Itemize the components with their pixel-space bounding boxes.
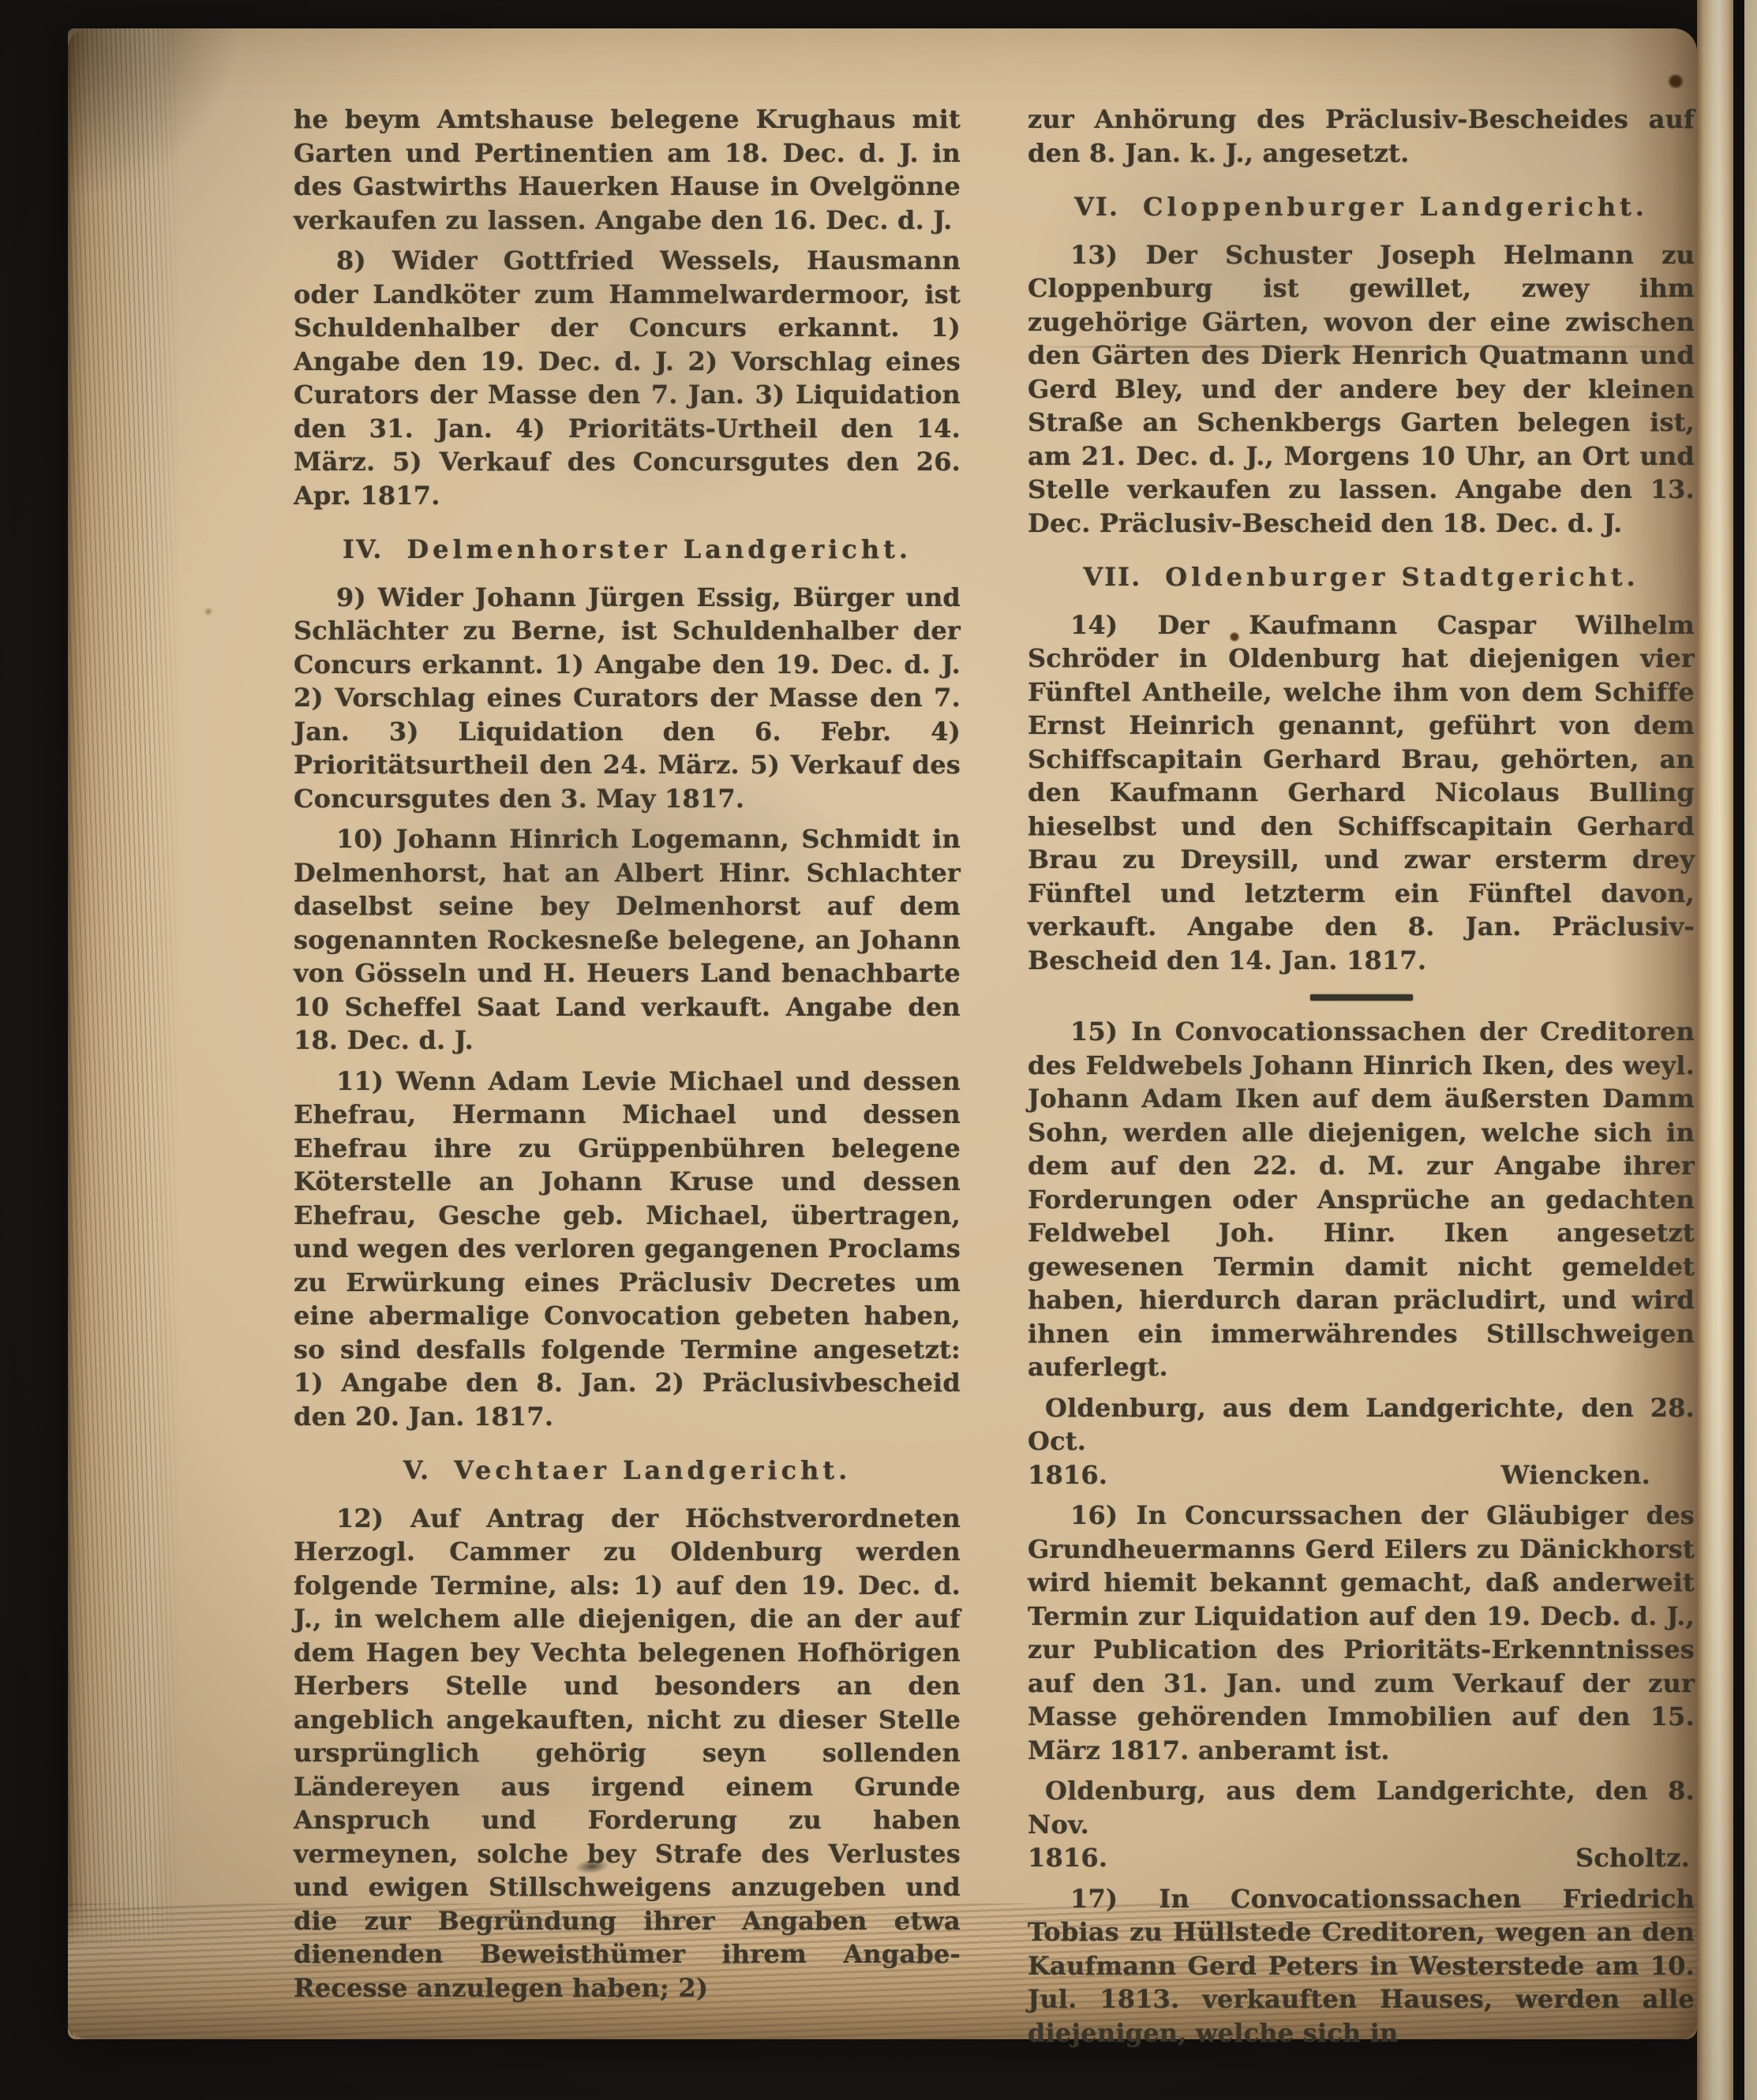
right-column: zur Anhörung des Präclusiv-Bescheides au…	[1028, 103, 1695, 2057]
section-numeral: VII.	[1083, 560, 1141, 594]
section-heading-v: V. Vechtaer Landgericht.	[294, 1454, 961, 1488]
dateline-16: Oldenburg, aus dem Landgerichte, den 8. …	[1028, 1774, 1695, 1875]
dateline-place: Oldenburg, aus dem Landgerichte, den 8. …	[1028, 1774, 1695, 1841]
notice-continuation-anhoerung: zur Anhörung des Präclusiv-Bescheides au…	[1028, 103, 1695, 170]
section-numeral: IV.	[343, 533, 383, 567]
notice-14-schroeder: 14) Der Kaufmann Caspar Wilhelm Schröder…	[1028, 608, 1695, 978]
notice-continuation-krughaus: he beym Amtshause belegene Krughaus mit …	[294, 103, 961, 237]
adjacent-page-fore-edge	[1697, 0, 1733, 2100]
section-title: Delmenhorster Landgericht.	[406, 533, 912, 567]
left-column: he beym Amtshause belegene Krughaus mit …	[294, 103, 961, 2012]
section-numeral: VI.	[1074, 190, 1119, 224]
notice-15-iken: 15) In Convocationssachen der Creditoren…	[1028, 1015, 1695, 1384]
signature-scholtz: Scholtz.	[1575, 1841, 1695, 1875]
notice-16-eilers: 16) In Concurssachen der Gläubiger des G…	[1028, 1499, 1695, 1767]
section-title: Cloppenburger Landgericht.	[1143, 190, 1648, 224]
notice-17-tobias: 17) In Convocationssachen Friedrich Tobi…	[1028, 1882, 1695, 2050]
book-scan: he beym Amtshause belegene Krughaus mit …	[0, 0, 1757, 2100]
dateline-year: 1816.	[1028, 1458, 1107, 1492]
dateline-15: Oldenburg, aus dem Landgerichte, den 28.…	[1028, 1391, 1695, 1492]
notice-13-helmann: 13) Der Schuster Joseph Helmann zu Clopp…	[1028, 238, 1695, 541]
book-left-page-edges	[68, 28, 180, 2039]
notice-12-vechta: 12) Auf Antrag der Höchstverordneten Her…	[294, 1502, 961, 2005]
notice-8-wessels: 8) Wider Gottfried Wessels, Hausmann ode…	[294, 244, 961, 512]
dateline-row: 1816. Wiencken.	[1028, 1458, 1695, 1492]
notice-9-essig: 9) Wider Johann Jürgen Essig, Bürger und…	[294, 581, 961, 816]
dateline-place: Oldenburg, aus dem Landgerichte, den 28.…	[1028, 1391, 1695, 1458]
dateline-row: 1816. Scholtz.	[1028, 1841, 1695, 1875]
section-heading-vii: VII. Oldenburger Stadtgericht.	[1028, 560, 1695, 594]
section-heading-vi: VI. Cloppenburger Landgericht.	[1028, 190, 1695, 224]
separator-rule	[1310, 994, 1413, 1001]
dateline-year: 1816.	[1028, 1841, 1107, 1875]
section-title: Oldenburger Stadtgericht.	[1165, 560, 1639, 594]
notice-11-michael: 11) Wenn Adam Levie Michael und dessen E…	[294, 1065, 961, 1434]
section-heading-iv: IV. Delmenhorster Landgericht.	[294, 533, 961, 567]
section-numeral: V.	[403, 1454, 430, 1488]
signature-wiencken: Wiencken.	[1501, 1458, 1695, 1492]
outer-page-edge-strip	[1744, 0, 1757, 2100]
notice-10-logemann: 10) Johann Hinrich Logemann, Schmidt in …	[294, 822, 961, 1057]
background-gap	[1733, 0, 1744, 2100]
section-title: Vechtaer Landgericht.	[454, 1454, 851, 1488]
